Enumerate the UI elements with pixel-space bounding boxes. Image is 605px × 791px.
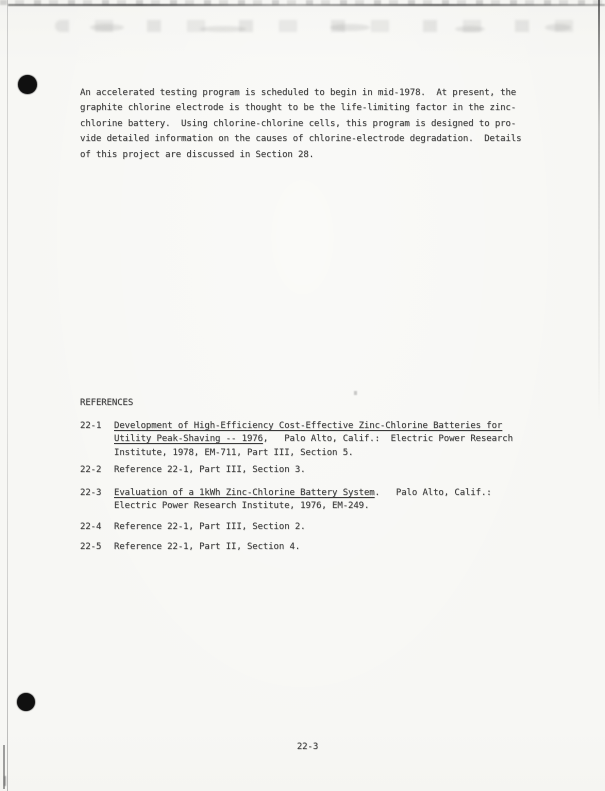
reference-text: Development of High-Efficiency Cost-Effe… [114, 420, 550, 460]
scan-smudge [455, 26, 485, 32]
reference-label: 22-5 [80, 541, 101, 554]
reference-segment: Reference 22-1, Part III, Section 3. [114, 465, 305, 475]
reference-line: Evaluation of a 1kWh Zinc-Chlorine Batte… [114, 487, 550, 500]
scanned-document-page: An accelerated testing program is schedu… [0, 0, 605, 791]
reference-entry: 22-4Reference 22-1, Part III, Section 2. [80, 521, 550, 534]
reference-text: Reference 22-1, Part III, Section 2. [114, 521, 550, 534]
reference-segment: Electric Power Research Institute, 1976,… [114, 501, 369, 511]
reference-title-underlined: Utility Peak-Shaving -- 1976 [114, 434, 263, 444]
scan-smudge [200, 26, 246, 32]
reference-label: 22-4 [80, 521, 101, 534]
paragraph-line: chlorine battery. Using chlorine-chlorin… [80, 117, 521, 132]
paragraph-line: of this project are discussed in Section… [80, 148, 521, 163]
reference-segment: . Palo Alto, Calif.: [375, 488, 492, 498]
reference-line: Reference 22-1, Part III, Section 2. [114, 521, 550, 534]
reference-line: Institute, 1978, EM-711, Part III, Secti… [114, 447, 550, 460]
reference-label: 22-1 [80, 420, 101, 433]
reference-text: Reference 22-1, Part II, Section 4. [114, 541, 550, 554]
hole-punch-mark-top [18, 75, 37, 94]
paragraph-line: An accelerated testing program is schedu… [80, 86, 521, 101]
reference-line: Reference 22-1, Part II, Section 4. [114, 541, 550, 554]
references-heading: REFERENCES [80, 398, 133, 409]
references-list: 22-1Development of High-Efficiency Cost-… [80, 420, 550, 565]
reference-segment: Reference 22-1, Part II, Section 4. [114, 542, 300, 552]
scan-left-edge-line [7, 0, 8, 791]
scan-smudge [545, 24, 571, 31]
reference-segment: Institute, 1978, EM-711, Part III, Secti… [114, 448, 353, 458]
reference-text: Reference 22-1, Part III, Section 3. [114, 464, 550, 477]
reference-line: Electric Power Research Institute, 1976,… [114, 500, 550, 513]
reference-entry: 22-2Reference 22-1, Part III, Section 3. [80, 464, 550, 477]
reference-entry: 22-1Development of High-Efficiency Cost-… [80, 420, 550, 460]
reference-line: Development of High-Efficiency Cost-Effe… [114, 420, 550, 433]
hole-punch-mark-bottom [17, 693, 35, 711]
reference-segment: Reference 22-1, Part III, Section 2. [114, 522, 305, 532]
reference-title-underlined: Evaluation of a 1kWh Zinc-Chlorine Batte… [114, 488, 375, 498]
scan-right-edge-line [598, 0, 600, 420]
paragraph-line: graphite chlorine electrode is thought t… [80, 101, 521, 116]
reference-title-underlined: Development of High-Efficiency Cost-Effe… [114, 421, 502, 431]
reference-text: Evaluation of a 1kWh Zinc-Chlorine Batte… [114, 487, 550, 514]
reference-segment: , Palo Alto, Calif.: Electric Power Rese… [263, 434, 513, 444]
scan-page-edge-line [8, 4, 605, 6]
body-paragraph: An accelerated testing program is schedu… [80, 86, 521, 163]
reference-entry: 22-5Reference 22-1, Part II, Section 4. [80, 541, 550, 554]
reference-line: Reference 22-1, Part III, Section 3. [114, 464, 550, 477]
reference-label: 22-3 [80, 487, 101, 500]
page-number: 22-3 [0, 742, 605, 753]
scan-smudge [90, 24, 124, 31]
reference-label: 22-2 [80, 464, 101, 477]
paragraph-line: vide detailed information on the causes … [80, 132, 521, 147]
reference-entry: 22-3Evaluation of a 1kWh Zinc-Chlorine B… [80, 487, 550, 514]
scan-smudge [330, 24, 370, 31]
scan-speck [354, 391, 357, 395]
reference-line: Utility Peak-Shaving -- 1976, Palo Alto,… [114, 433, 550, 446]
scan-noise-smudge-band [55, 20, 580, 32]
